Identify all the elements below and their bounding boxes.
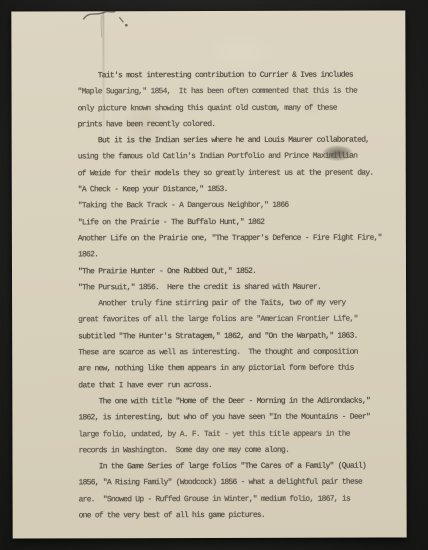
text-line: "A Check - Keep your Distance," 1853. — [78, 182, 400, 199]
text-line: date that I have ever run across. — [78, 377, 400, 394]
text-line: Tait's most interesting contribution to … — [77, 68, 399, 85]
text-line: only picture known showing this quaint o… — [78, 100, 400, 117]
text-line: In the Game Series of large folios "The … — [78, 459, 400, 476]
text-line: 1856, "A Rising Family" (Woodcock) 1856 … — [79, 475, 401, 492]
text-line: using the famous old Catlin's Indian Por… — [78, 149, 400, 166]
paper-stain — [206, 36, 276, 70]
text-line: Another Life on the Prairie one, "The Tr… — [78, 230, 400, 247]
text-line: one of the very best of all his game pic… — [79, 508, 401, 525]
text-line: subtitled "The Hunter's Stratagem," 1862… — [78, 328, 400, 345]
text-line: The one with title "Home of the Deer - M… — [78, 393, 400, 410]
text-line: These are scarce as well as interesting.… — [78, 345, 400, 362]
text-line: prints have been recently colored. — [78, 116, 400, 133]
text-line: But it is the Indian series where he and… — [78, 133, 400, 150]
text-line: "Life on the Prairie - The Buffalo Hunt,… — [78, 214, 400, 231]
text-line: great favorites of all the large folios … — [78, 312, 400, 329]
typescript-page: Tait's most interesting contribution to … — [11, 10, 406, 538]
text-line: "Maple Sugaring," 1854, It has been ofte… — [78, 84, 400, 101]
text-line: are. "Snowed Up - Ruffed Grouse in Winte… — [79, 491, 401, 508]
text-line: records in Washington. Some day one may … — [78, 442, 400, 459]
text-line: "The Pursuit," 1856. Here the credit is … — [78, 279, 400, 296]
text-line: large folio, undated, by A. F. Tait - ye… — [78, 426, 400, 443]
photo-backdrop: Tait's most interesting contribution to … — [0, 0, 428, 550]
text-line: "The Prairie Hunter - One Rubbed Out," 1… — [78, 263, 400, 280]
handwritten-mark — [79, 7, 135, 37]
text-line: "Taking the Back Track - A Dangerous Nei… — [78, 198, 400, 215]
text-line: 1862, is interesting, but who of you hav… — [78, 410, 400, 427]
text-line: Another truly fine stirring pair of the … — [78, 296, 400, 313]
text-line: 1862. — [78, 247, 400, 264]
text-line: are new, nothing like them appears in an… — [78, 361, 400, 378]
typescript-lines: Tait's most interesting contribution to … — [77, 68, 400, 525]
text-line: of Weide for their models they so greatl… — [78, 165, 400, 182]
